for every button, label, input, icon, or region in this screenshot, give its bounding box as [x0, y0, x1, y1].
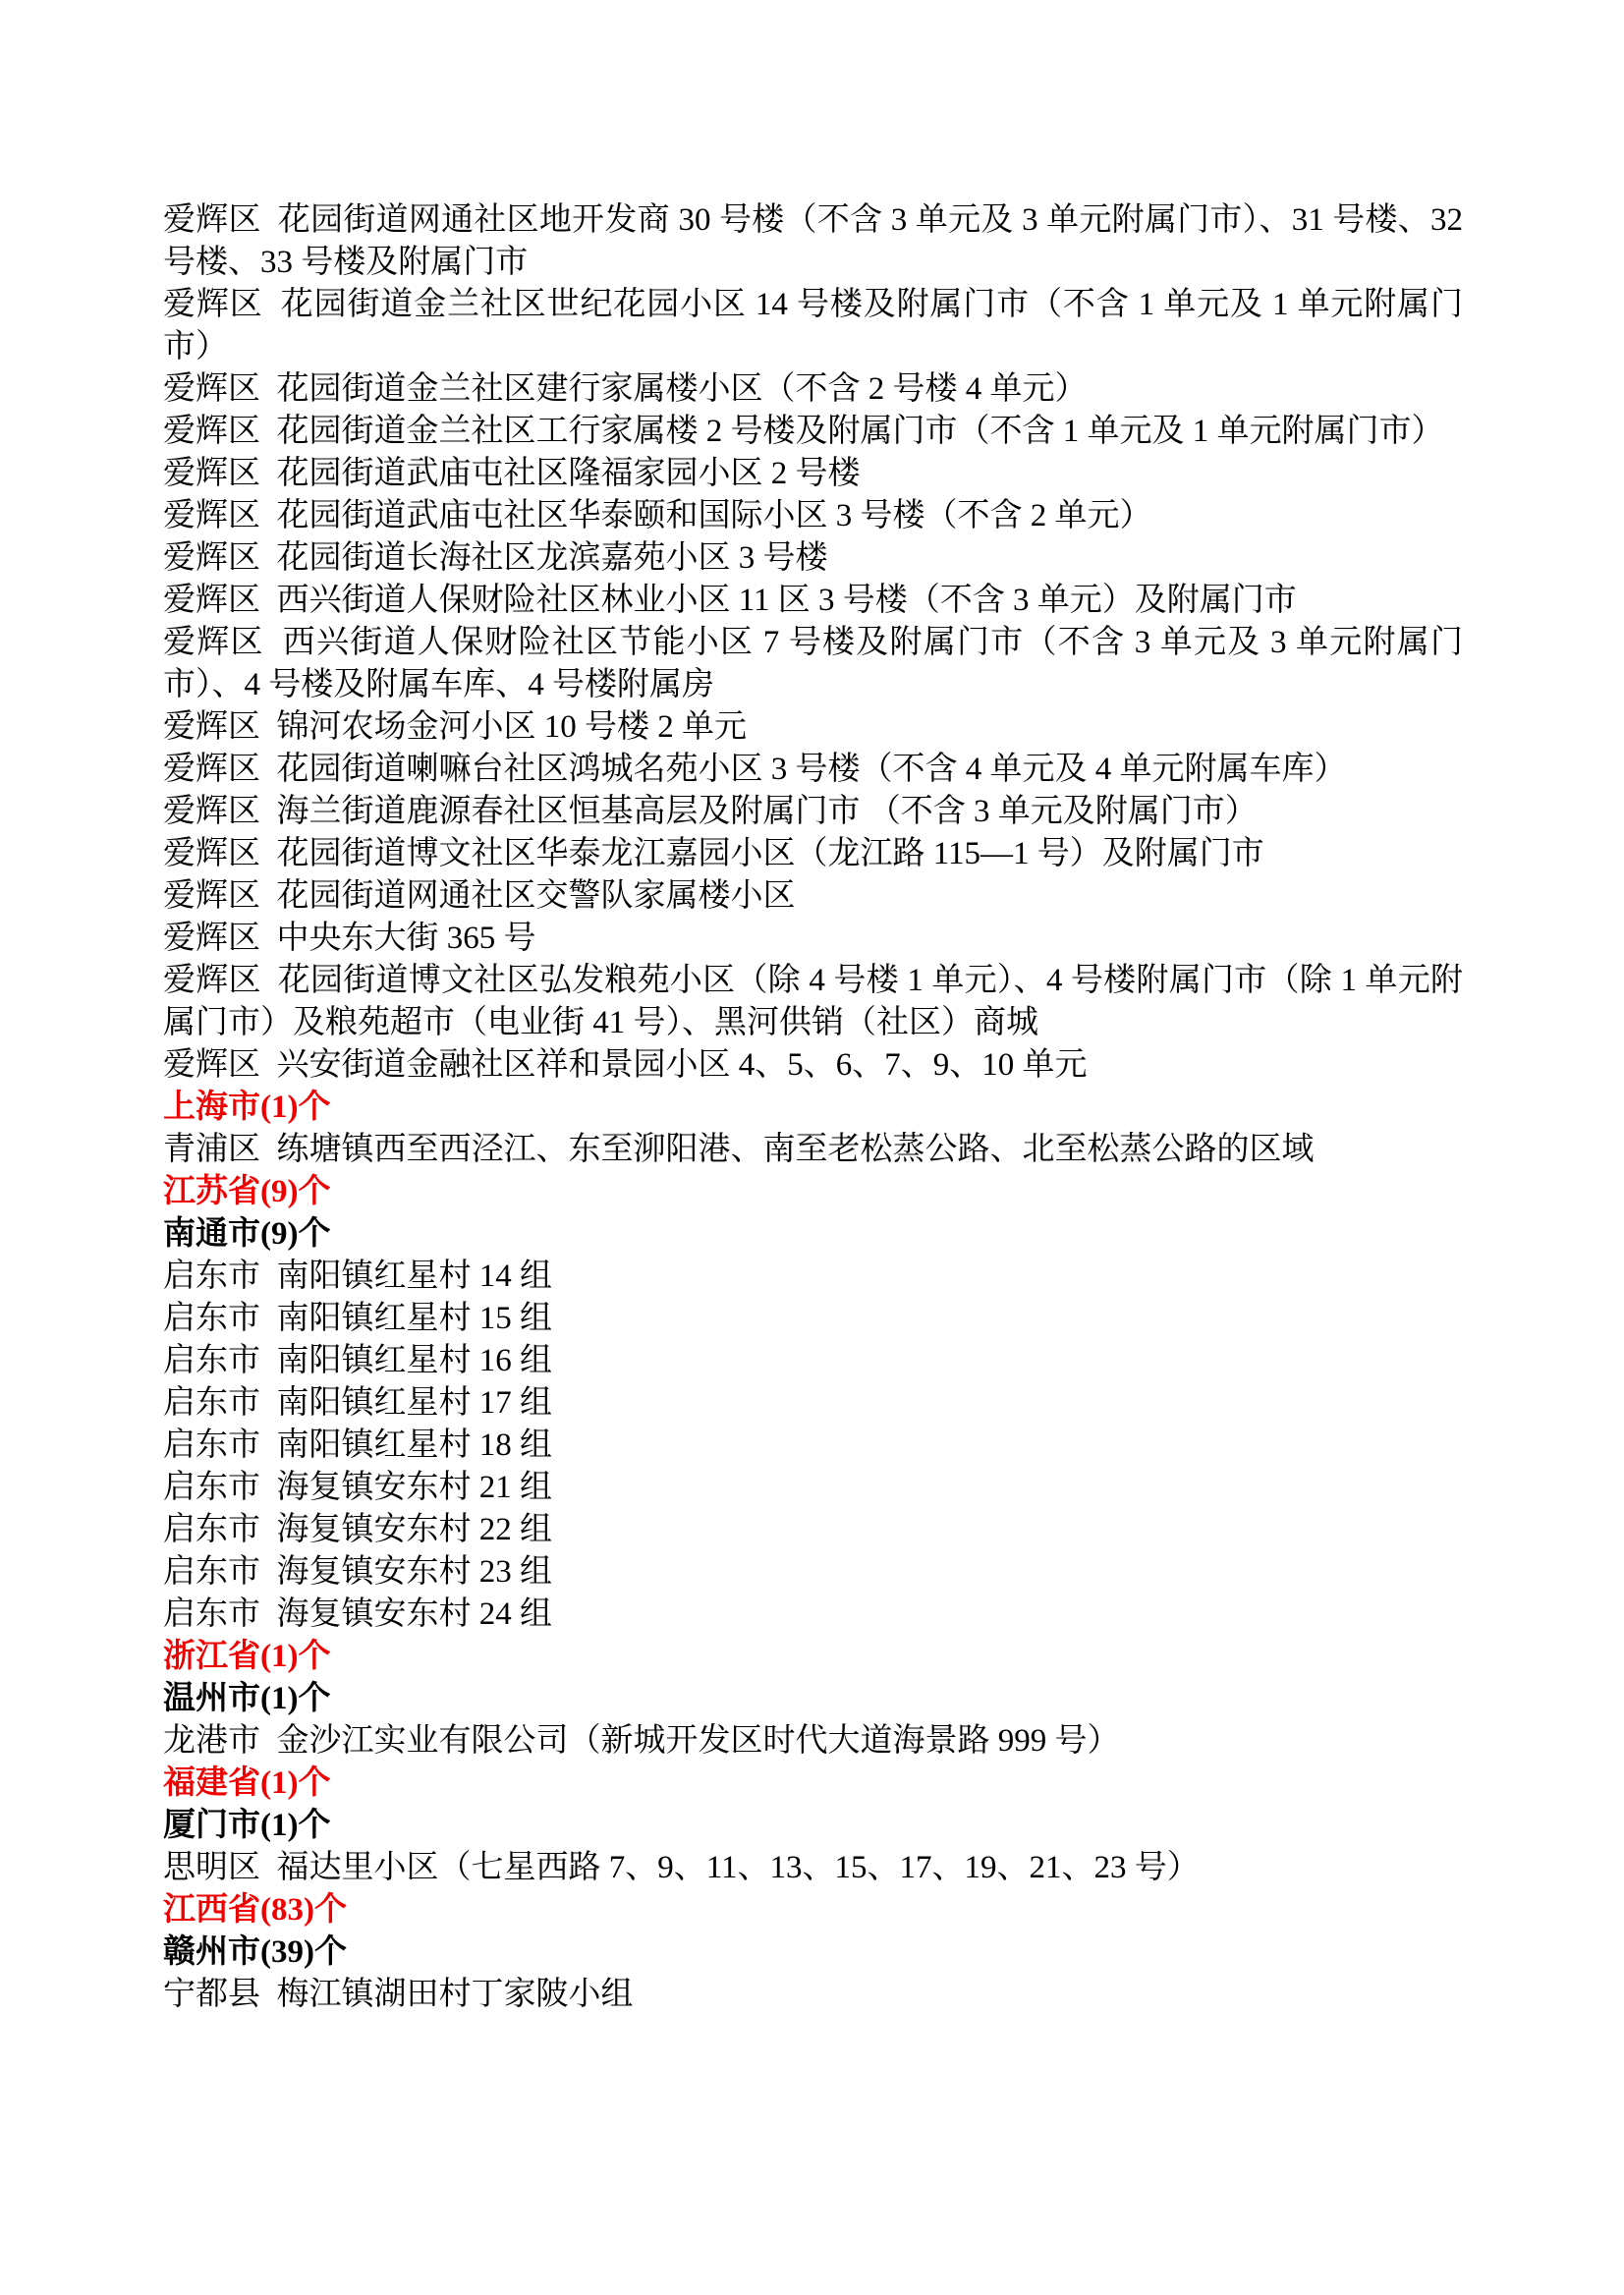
risk-area-item: 爱辉区 花园街道网通社区地开发商 30 号楼（不含 3 单元及 3 单元附属门市…	[163, 199, 1463, 284]
risk-area-item: 思明区 福达里小区（七星西路 7、9、11、13、15、17、19、21、23 …	[163, 1847, 1463, 1889]
risk-area-item: 爱辉区 海兰街道鹿源春社区恒基高层及附属门市 （不含 3 单元及附属门市）	[163, 791, 1463, 833]
risk-area-item: 宁都县 梅江镇湖田村丁家陂小组	[163, 1974, 1463, 2016]
risk-area-item: 启东市 海复镇安东村 22 组	[163, 1509, 1463, 1551]
document-page: 爱辉区 花园街道网通社区地开发商 30 号楼（不含 3 单元及 3 单元附属门市…	[0, 0, 1624, 2295]
risk-area-item: 爱辉区 花园街道武庙屯社区隆福家园小区 2 号楼	[163, 453, 1463, 495]
risk-area-item: 启东市 海复镇安东村 24 组	[163, 1594, 1463, 1636]
risk-area-item: 爱辉区 花园街道金兰社区世纪花园小区 14 号楼及附属门市（不含 1 单元及 1…	[163, 284, 1463, 368]
risk-area-item: 启东市 南阳镇红星村 16 组	[163, 1340, 1463, 1382]
risk-area-item: 爱辉区 中央东大街 365 号	[163, 918, 1463, 960]
risk-area-item: 爱辉区 兴安街道金融社区祥和景园小区 4、5、6、7、9、10 单元	[163, 1044, 1463, 1087]
risk-area-item: 爱辉区 花园街道武庙屯社区华泰颐和国际小区 3 号楼（不含 2 单元）	[163, 495, 1463, 537]
risk-area-item: 爱辉区 花园街道金兰社区建行家属楼小区（不含 2 号楼 4 单元）	[163, 368, 1463, 411]
risk-area-item: 青浦区 练塘镇西至西泾江、东至泖阳港、南至老松蒸公路、北至松蒸公路的区域	[163, 1129, 1463, 1171]
risk-area-item: 启东市 南阳镇红星村 18 组	[163, 1425, 1463, 1467]
province-header: 上海市(1)个	[163, 1087, 1463, 1129]
city-header: 赣州市(39)个	[163, 1931, 1463, 1974]
risk-area-item: 启东市 海复镇安东村 23 组	[163, 1551, 1463, 1594]
province-header: 江西省(83)个	[163, 1889, 1463, 1931]
risk-area-item: 爱辉区 花园街道网通社区交警队家属楼小区	[163, 875, 1463, 918]
city-header: 南通市(9)个	[163, 1213, 1463, 1256]
province-header: 江苏省(9)个	[163, 1171, 1463, 1213]
province-header: 福建省(1)个	[163, 1763, 1463, 1805]
risk-area-item: 爱辉区 花园街道长海社区龙滨嘉苑小区 3 号楼	[163, 537, 1463, 580]
province-header: 浙江省(1)个	[163, 1636, 1463, 1678]
risk-area-item: 启东市 南阳镇红星村 15 组	[163, 1298, 1463, 1340]
risk-area-item: 爱辉区 花园街道博文社区弘发粮苑小区（除 4 号楼 1 单元）、4 号楼附属门市…	[163, 960, 1463, 1044]
risk-area-item: 爱辉区 锦河农场金河小区 10 号楼 2 单元	[163, 706, 1463, 749]
risk-area-item: 爱辉区 花园街道金兰社区工行家属楼 2 号楼及附属门市（不含 1 单元及 1 单…	[163, 411, 1463, 453]
risk-area-item: 爱辉区 西兴街道人保财险社区林业小区 11 区 3 号楼（不含 3 单元）及附属…	[163, 580, 1463, 622]
risk-area-item: 启东市 南阳镇红星村 17 组	[163, 1382, 1463, 1425]
city-header: 厦门市(1)个	[163, 1805, 1463, 1847]
risk-area-item: 龙港市 金沙江实业有限公司（新城开发区时代大道海景路 999 号）	[163, 1720, 1463, 1763]
risk-area-item: 启东市 海复镇安东村 21 组	[163, 1467, 1463, 1509]
risk-area-item: 爱辉区 花园街道喇嘛台社区鸿城名苑小区 3 号楼（不含 4 单元及 4 单元附属…	[163, 749, 1463, 791]
risk-area-item: 爱辉区 花园街道博文社区华泰龙江嘉园小区（龙江路 115—1 号）及附属门市	[163, 833, 1463, 875]
risk-area-item: 爱辉区 西兴街道人保财险社区节能小区 7 号楼及附属门市（不含 3 单元及 3 …	[163, 622, 1463, 706]
city-header: 温州市(1)个	[163, 1678, 1463, 1720]
risk-area-item: 启东市 南阳镇红星村 14 组	[163, 1256, 1463, 1298]
risk-area-list: 爱辉区 花园街道网通社区地开发商 30 号楼（不含 3 单元及 3 单元附属门市…	[163, 199, 1463, 2016]
